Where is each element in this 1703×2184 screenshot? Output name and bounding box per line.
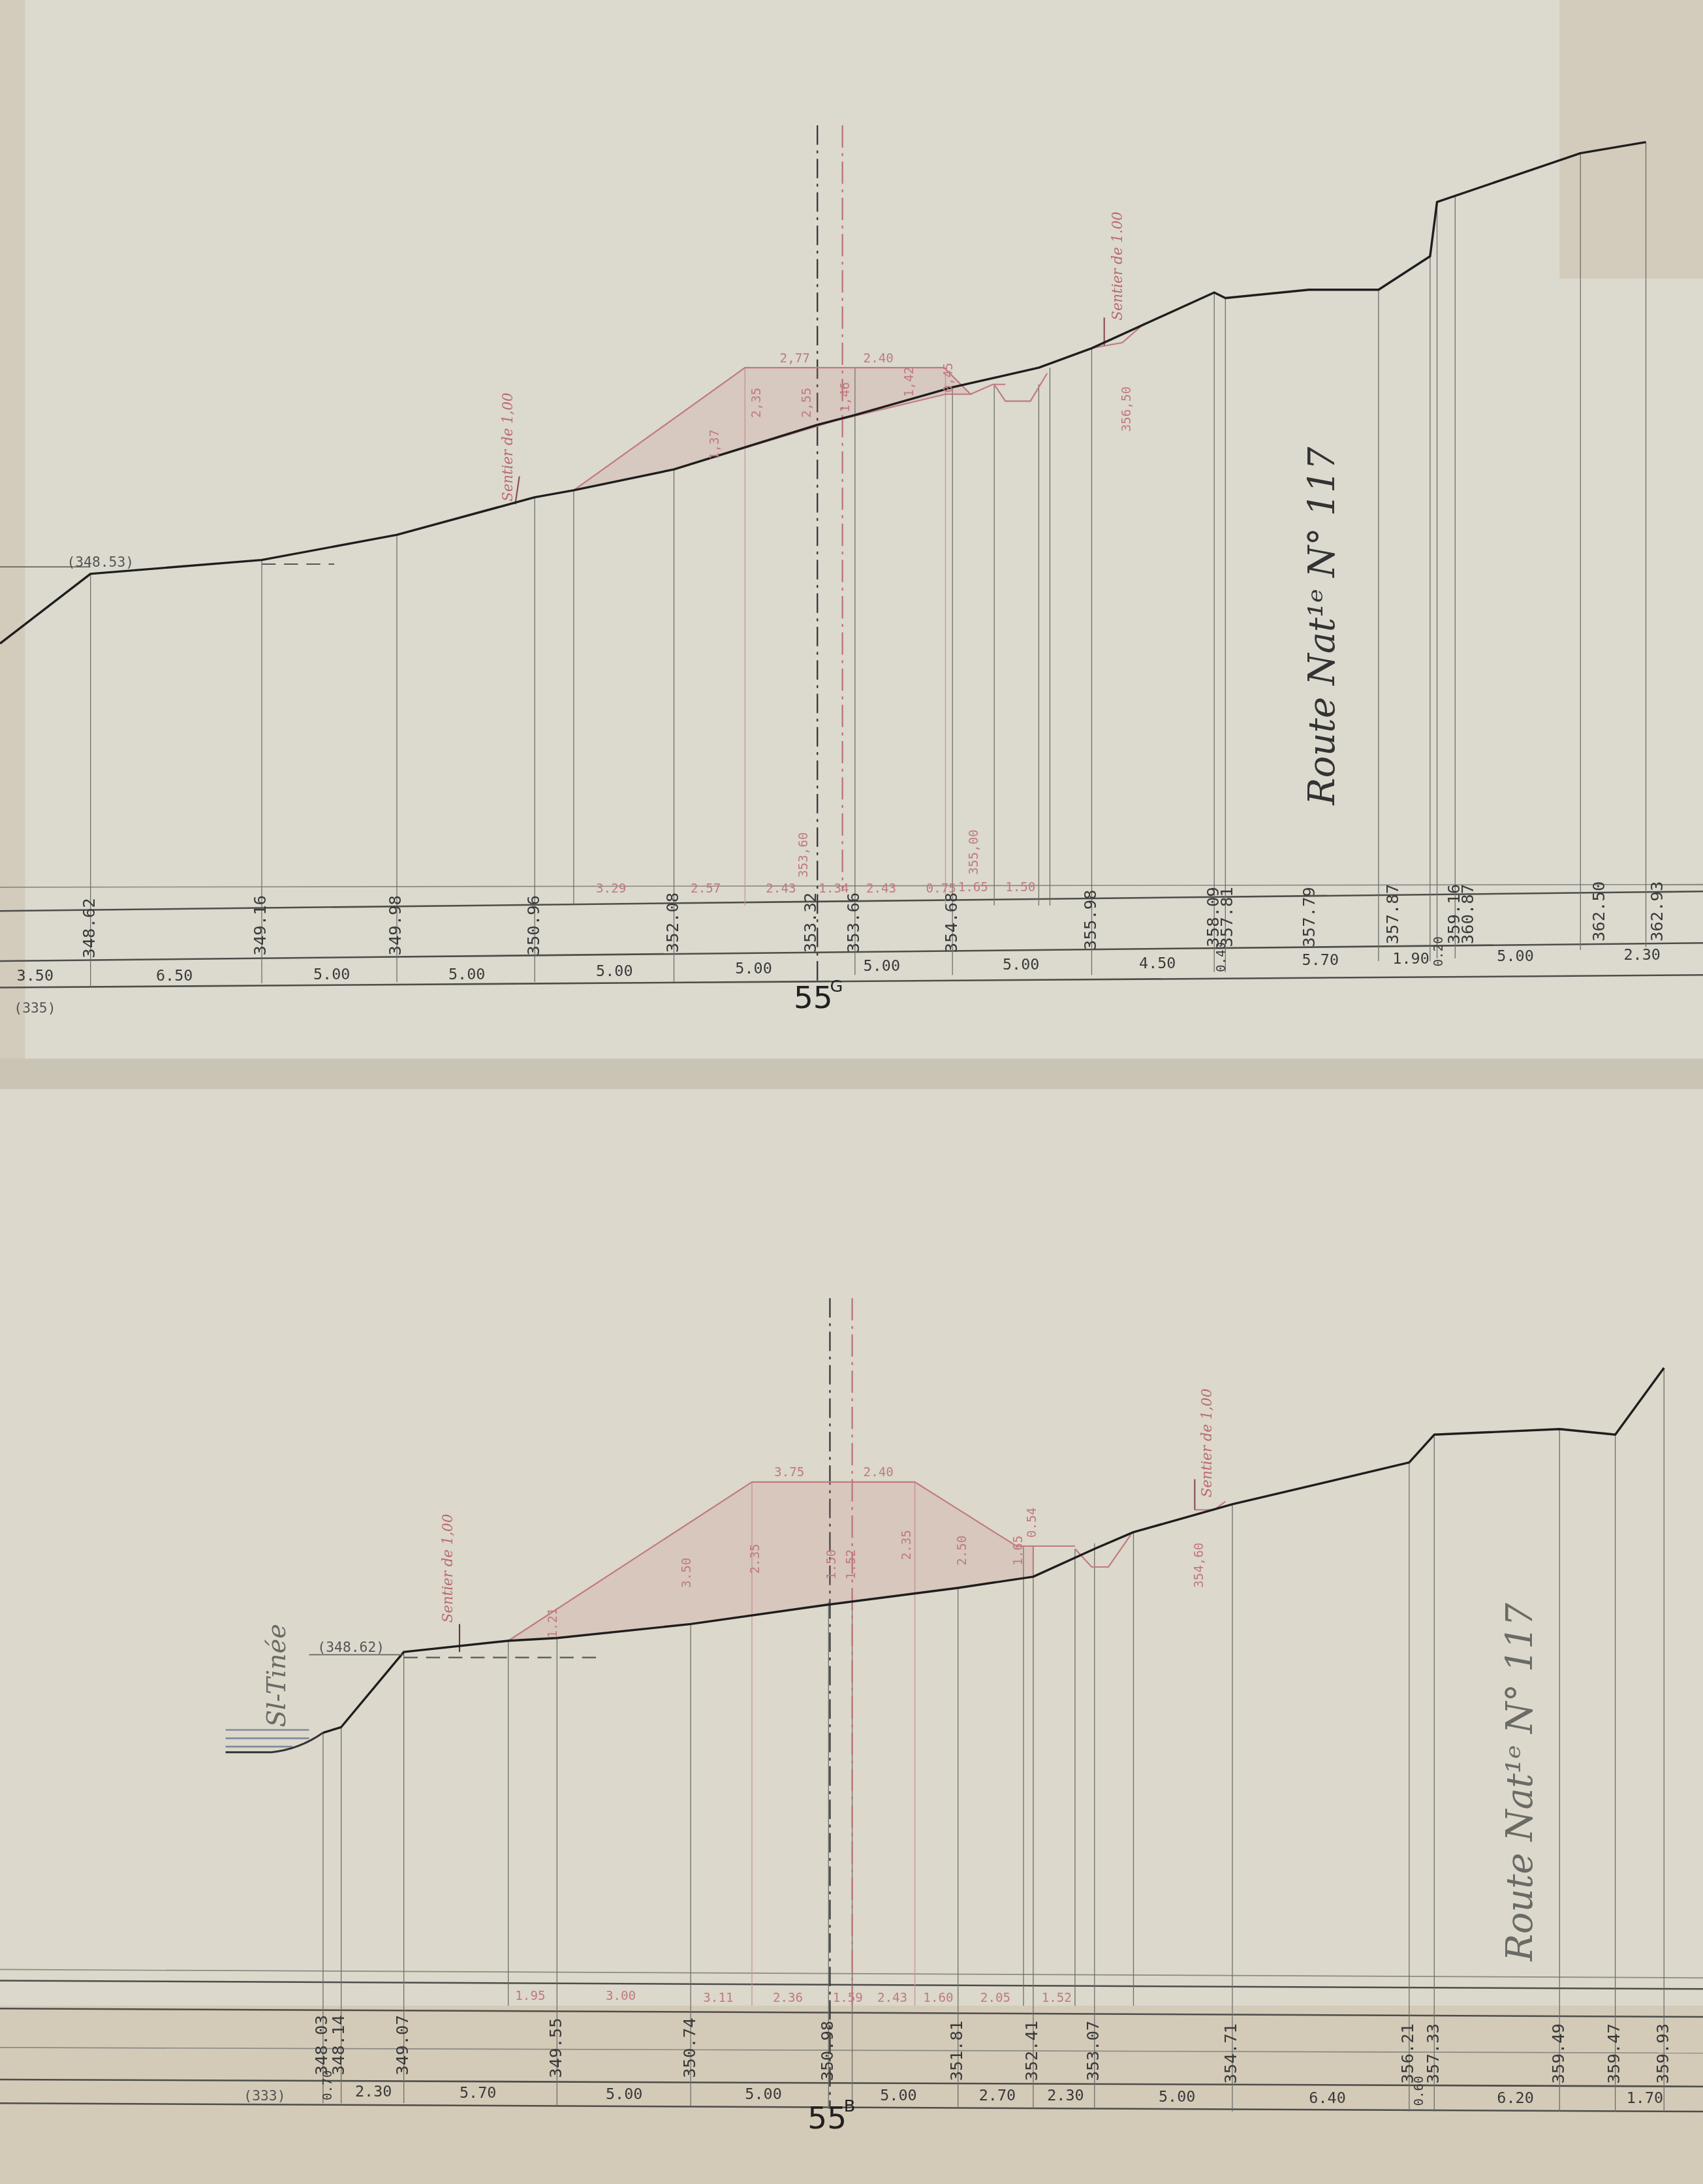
svg-text:1.90: 1.90 [1392,949,1429,968]
svg-text:5.00: 5.00 [448,965,485,983]
svg-text:353.66: 353.66 [844,893,864,953]
svg-text:3.75: 3.75 [774,1464,804,1480]
svg-text:G: G [830,977,843,996]
svg-text:2.40: 2.40 [864,351,894,366]
svg-text:5.00: 5.00 [745,2085,781,2103]
svg-text:0.20: 0.20 [1431,936,1446,966]
svg-text:350.96: 350.96 [524,895,544,955]
svg-text:351.81: 351.81 [947,2021,967,2081]
bottom-datum: (348.62) [317,1639,384,1656]
svg-text:349.07: 349.07 [393,2015,413,2075]
svg-text:2.36: 2.36 [773,1990,803,2005]
svg-text:2,55: 2,55 [799,388,814,418]
svg-text:2.05: 2.05 [980,1990,1010,2005]
svg-text:2.70: 2.70 [979,2086,1016,2104]
svg-text:354.71: 354.71 [1221,2023,1241,2083]
svg-text:350.74: 350.74 [680,2018,700,2078]
svg-text:359.93: 359.93 [1653,2023,1673,2083]
svg-text:357.33: 357.33 [1424,2023,1443,2083]
top-datum-bottom: (335) [14,1000,55,1017]
svg-text:356,50: 356,50 [1119,387,1134,432]
svg-text:1.65: 1.65 [958,879,988,894]
svg-text:2.57: 2.57 [691,881,721,896]
svg-text:1.60: 1.60 [923,1990,953,2005]
svg-text:6.20: 6.20 [1497,2089,1533,2107]
svg-text:349.16: 349.16 [251,895,270,955]
svg-text:354.68: 354.68 [942,893,961,953]
svg-text:359.49: 359.49 [1549,2023,1569,2083]
top-datum: (348.53) [67,554,134,571]
svg-text:2.40: 2.40 [864,1464,894,1480]
svg-text:5.00: 5.00 [1003,955,1039,973]
svg-text:1,37: 1,37 [707,430,722,460]
svg-text:5.00: 5.00 [880,2086,916,2104]
svg-text:5.70: 5.70 [460,2083,496,2102]
svg-text:1.52: 1.52 [843,1549,858,1579]
svg-text:357.79: 357.79 [1300,887,1319,947]
svg-text:0.60: 0.60 [1411,2076,1426,2106]
svg-text:349.55: 349.55 [546,2018,566,2078]
svg-text:356.21: 356.21 [1398,2023,1418,2083]
svg-text:353.07: 353.07 [1084,2021,1103,2081]
svg-text:353,60: 353,60 [796,832,811,878]
svg-text:1,46: 1,46 [837,382,852,412]
svg-text:5.00: 5.00 [1159,2087,1195,2106]
svg-text:5.00: 5.00 [735,959,772,977]
svg-text:1.95: 1.95 [515,1988,545,2003]
svg-text:362.93: 362.93 [1648,881,1667,942]
svg-text:0.54: 0.54 [1024,1508,1039,1538]
svg-text:2.43: 2.43 [866,881,896,896]
svg-text:2.43: 2.43 [877,1990,907,2005]
bottom-note-sentier-left: Sentier de 1,00 [440,1514,456,1623]
svg-text:2.30: 2.30 [1623,945,1660,964]
svg-text:2.30: 2.30 [355,2082,392,2100]
top-station-label: 55 [794,981,833,1017]
river-label: Sl-Tinée [262,1624,292,1727]
svg-text:1,42: 1,42 [901,367,916,397]
bottom-datum-bottom: (333) [243,2088,285,2104]
svg-text:2.35: 2.35 [899,1530,914,1560]
svg-text:348.62: 348.62 [80,898,99,958]
top-route-label: Route Nat¹ᵉ N° 117 [1302,447,1343,806]
bottom-station-label: 55 [807,2100,847,2136]
svg-text:2.30: 2.30 [1047,2086,1084,2104]
profile-sheet: (348.53) (335) Sentier de 1,00 Sentier d… [0,0,1703,2184]
bottom-note-sentier-right: Sentier de 1,00 [1199,1389,1215,1498]
svg-text:0.40: 0.40 [1213,942,1228,972]
svg-text:3.11: 3.11 [703,1990,733,2005]
top-note-sentier-right: Sentier de 1.00 [1110,212,1126,321]
svg-text:4.50: 4.50 [1139,954,1176,972]
svg-text:0.70: 0.70 [320,2070,335,2100]
svg-text:5.00: 5.00 [313,965,350,983]
svg-text:349.98: 349.98 [386,895,405,955]
svg-text:362.50: 362.50 [1589,881,1609,942]
svg-text:6.50: 6.50 [156,966,193,985]
svg-text:5.00: 5.00 [606,2085,642,2103]
svg-text:360.87: 360.87 [1458,884,1478,944]
svg-text:B: B [844,2097,856,2116]
svg-text:3.50: 3.50 [679,1558,694,1588]
svg-text:5.00: 5.00 [864,957,900,975]
svg-text:2.35: 2.35 [747,1543,762,1574]
svg-text:357.87: 357.87 [1383,884,1403,944]
svg-text:2.43: 2.43 [766,881,796,896]
bottom-route-label: Route Nat¹ᵉ N° 117 [1499,1602,1541,1961]
svg-text:357.81: 357.81 [1217,887,1237,947]
svg-text:348.14: 348.14 [329,2015,349,2075]
svg-text:5.70: 5.70 [1302,951,1339,969]
svg-text:1.52: 1.52 [1042,1990,1072,2005]
svg-text:3.00: 3.00 [606,1988,636,2003]
svg-text:350.98: 350.98 [818,2021,837,2081]
svg-text:5.00: 5.00 [596,962,633,980]
svg-text:1.50: 1.50 [824,1549,839,1579]
svg-text:3.50: 3.50 [17,966,54,985]
svg-text:1.65: 1.65 [1010,1536,1025,1566]
svg-text:2.50: 2.50 [954,1536,969,1566]
fold [0,1058,1703,1089]
svg-text:3.29: 3.29 [596,881,626,896]
svg-text:352.08: 352.08 [663,893,683,953]
svg-text:1.70: 1.70 [1627,2089,1663,2107]
svg-text:353.32: 353.32 [801,893,820,953]
top-note-sentier-left: Sentier de 1,00 [500,392,516,501]
svg-text:2,77: 2,77 [780,351,810,366]
svg-text:1.50: 1.50 [1005,879,1035,894]
svg-text:0,45: 0,45 [941,362,956,392]
svg-text:5.00: 5.00 [1497,947,1533,965]
svg-text:1.59: 1.59 [833,1990,863,2005]
svg-text:352.41: 352.41 [1022,2021,1042,2081]
svg-text:355,00: 355,00 [966,829,981,874]
svg-text:1.21: 1.21 [545,1608,560,1638]
svg-text:355.98: 355.98 [1081,889,1101,949]
svg-text:354,60: 354,60 [1191,1543,1206,1588]
svg-text:359.47: 359.47 [1604,2023,1624,2083]
svg-text:2,35: 2,35 [749,388,764,418]
svg-text:6.40: 6.40 [1309,2089,1345,2107]
